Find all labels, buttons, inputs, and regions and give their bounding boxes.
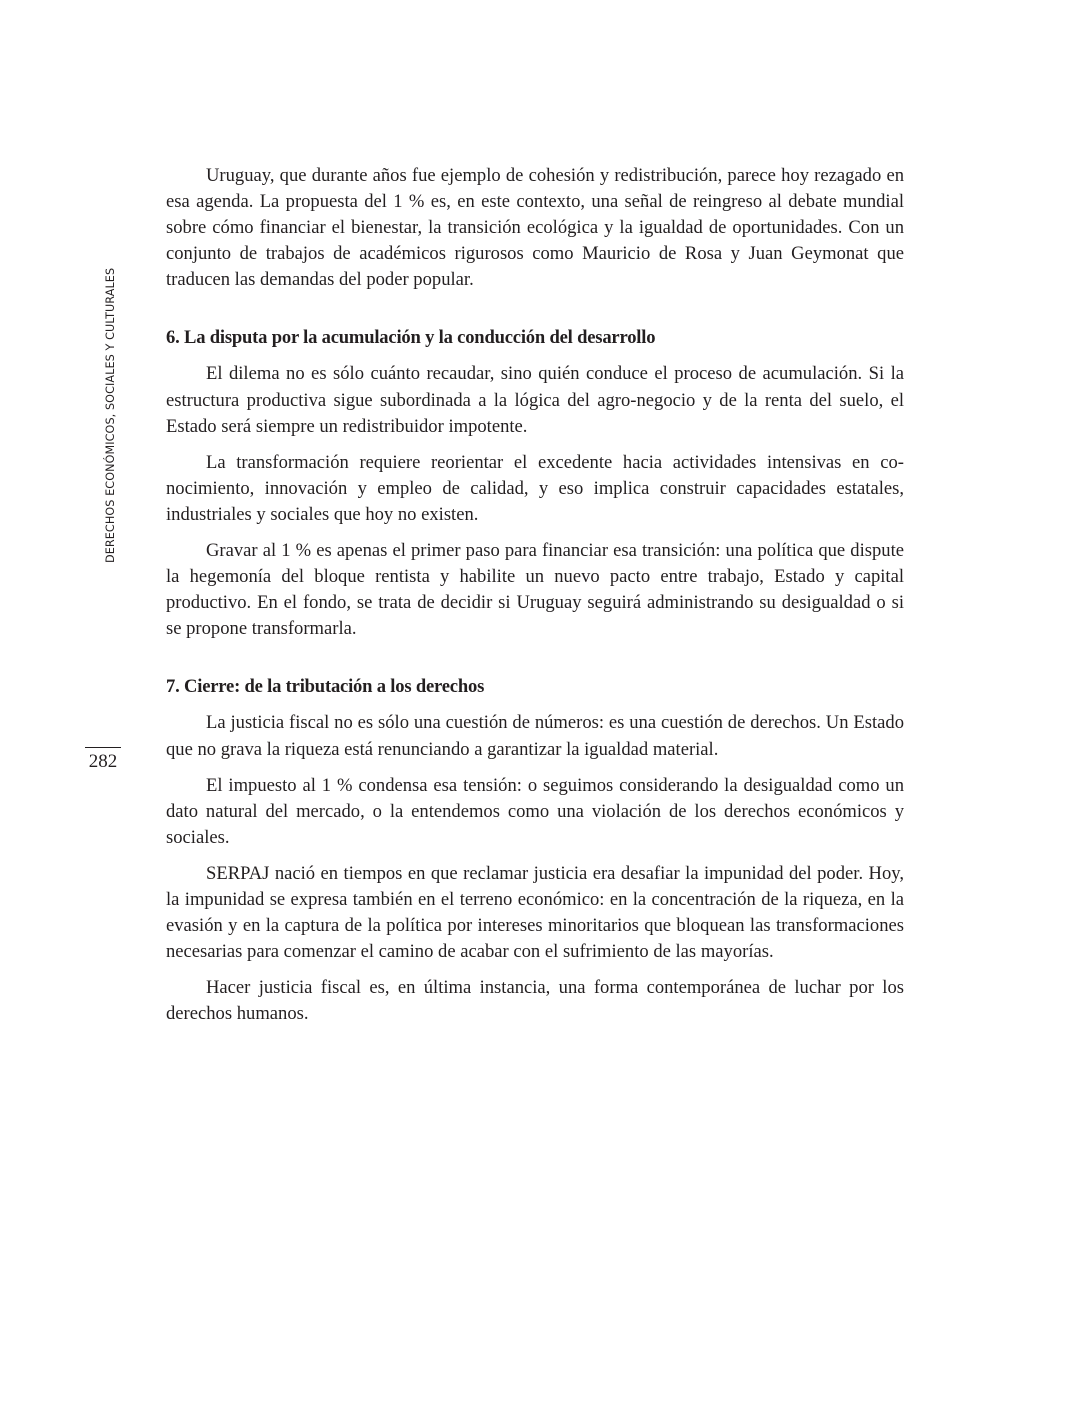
section-7-paragraph-2: El impuesto al 1 % condensa esa tensión:…	[166, 773, 904, 851]
section-6-paragraph-2: La transformación requiere reorientar el…	[166, 450, 904, 528]
body-text: Uruguay, que durante años fue ejemplo de…	[166, 163, 904, 1037]
section-6-paragraph-1: El dilema no es sólo cuánto recaudar, si…	[166, 361, 904, 439]
section-7-paragraph-3: SERPAJ nació en tiempos en que reclamar …	[166, 861, 904, 965]
page-number: 282	[85, 750, 121, 774]
page-number-rule	[85, 747, 121, 748]
section-6-paragraph-3: Gravar al 1 % es apenas el primer paso p…	[166, 538, 904, 642]
running-head: DERECHOS ECONÓMICOS, SOCIALES Y CULTURAL…	[104, 268, 117, 563]
section-7-paragraph-4: Hacer justicia fiscal es, en última inst…	[166, 975, 904, 1027]
section-7-heading: 7. Cierre: de la tributación a los derec…	[166, 674, 904, 700]
intro-paragraph: Uruguay, que durante años fue ejemplo de…	[166, 163, 904, 293]
book-page: DERECHOS ECONÓMICOS, SOCIALES Y CULTURAL…	[0, 0, 1069, 1409]
section-6-heading: 6. La disputa por la acumulación y la co…	[166, 325, 904, 351]
section-7-paragraph-1: La justicia fiscal no es sólo una cuesti…	[166, 710, 904, 762]
